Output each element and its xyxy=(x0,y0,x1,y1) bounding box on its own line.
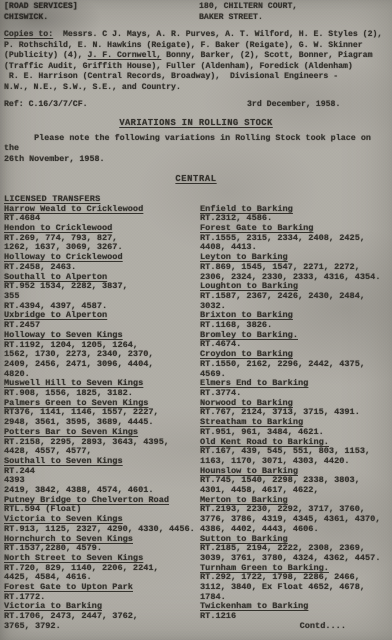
transfers-columns: LICENSED TRANSFERS Harrow Weald to Crick… xyxy=(0,195,392,632)
fleet-numbers: RT.269, 774, 793, 827, 1262, 1637, 3069,… xyxy=(4,234,200,253)
transfer-entry: Leyton to Barking RT.869, 1545, 1547, 22… xyxy=(200,253,390,282)
fleet-numbers: RT.720, 829, 1140, 2206, 2241, 4425, 458… xyxy=(4,564,200,583)
transfer-entry: Sutton to Barking RT.2185, 2194, 2222, 2… xyxy=(200,535,390,564)
transfer-entry: Harrow Weald to Cricklewood RT.4684 xyxy=(4,205,200,224)
fleet-numbers: RT.869, 1545, 1547, 2271, 2272, 2306, 23… xyxy=(200,263,390,282)
letterhead-office: [ROAD SERVICES] CHISWICK. xyxy=(4,2,388,23)
fleet-numbers: RT.244 4393 2419, 3842, 4388, 4574, 4601… xyxy=(4,467,200,496)
transfer-entry: Hornchurch to Seven Kings RT.1537,2280, … xyxy=(4,535,200,554)
scanned-document-page: [ROAD SERVICES] CHISWICK. 180, CHILTERN … xyxy=(0,0,392,640)
intro-paragraph: Please note the following variations in … xyxy=(4,133,388,165)
letterhead-address: 180, CHILTERN COURT, BAKER STREET. xyxy=(199,2,297,23)
transfer-entry: Hounslow to Barking RT.745, 1540, 2298, … xyxy=(200,467,390,496)
transfer-entry: Hendon to Cricklewood RT.269, 774, 793, … xyxy=(4,224,200,253)
fleet-numbers: RT.2193, 2230, 2292, 3717, 3760, 3776, 3… xyxy=(200,505,390,534)
fleet-numbers: RT.1555, 2315, 2334, 2408, 2425, 4408, 4… xyxy=(200,234,390,253)
transfer-entry: Brixton to Barking RT.1168, 3826. xyxy=(200,311,390,330)
section-heading: CENTRAL xyxy=(0,174,392,184)
reference-row: Ref: C.16/3/7/CF. 3rd December, 1958. xyxy=(0,100,392,110)
transfer-entry: Turnham Green to Barking. RT.292, 1722, … xyxy=(200,564,390,603)
fleet-numbers: RT.167, 439, 545, 551, 803, 1153, 1163, … xyxy=(200,447,390,466)
transfers-right-column: Enfield to Barking RT.2312, 4586. Forest… xyxy=(200,195,390,632)
transfer-entry: Southall to Seven Kings RT.244 4393 2419… xyxy=(4,457,200,496)
transfer-entry: Victoria to Seven Kings RT.913, 1125, 23… xyxy=(4,515,200,534)
transfer-entry: Putney Bridge to Chelverton Road RTL.594… xyxy=(4,496,200,515)
transfer-entry: Merton to Barking RT.2193, 2230, 2292, 3… xyxy=(200,496,390,535)
transfer-entry: Old Kent Road to Barking. RT.167, 439, 5… xyxy=(200,438,390,467)
fleet-numbers: RT.1587, 2367, 2426, 2430, 2484, 3032. xyxy=(200,292,390,311)
reference-number: Ref: C.16/3/7/CF. xyxy=(4,100,88,109)
transfer-entry: Croydon to Barking RT.1550, 2162, 2296, … xyxy=(200,350,390,379)
fleet-numbers: RT.2185, 2194, 2222, 2308, 2369, 3039, 3… xyxy=(200,544,390,563)
transfer-entry: Norwood to Barking RT.767, 2124, 3713, 3… xyxy=(200,399,390,418)
fleet-numbers: RT.2158, 2295, 2893, 3643, 4395, 4428, 4… xyxy=(4,438,200,457)
transfer-entry: Muswell Hill to Seven Kings RT.908, 1556… xyxy=(4,379,200,398)
fleet-numbers: RT.292, 1722, 1798, 2286, 2466, 3112, 38… xyxy=(200,573,390,602)
transfer-entry: Streatham to Barking RT.951, 961, 3484, … xyxy=(200,418,390,437)
letterhead-office-line1: [ROAD SERVICES] xyxy=(4,2,388,13)
letterhead: [ROAD SERVICES] CHISWICK. 180, CHILTERN … xyxy=(0,0,392,23)
transfer-entry: North Street to Seven Kings RT.720, 829,… xyxy=(4,554,200,583)
transfer-entry: Palmers Green to Seven Kings RT376, 1141… xyxy=(4,399,200,428)
transfer-entry: Potters Bar to Seven Kings RT.2158, 2295… xyxy=(4,428,200,457)
transfer-entry: Victoria to Barking RT.1706, 2473, 2447,… xyxy=(4,602,200,631)
transfer-entry: Uxbridge to Alperton RT.2457 xyxy=(4,311,200,330)
transfer-entry: Forest Gate to Barking RT.1555, 2315, 23… xyxy=(200,224,390,253)
continued-label: Contd.... xyxy=(300,621,346,631)
letterhead-address-line1: 180, CHILTERN COURT, xyxy=(199,2,297,13)
transfers-left-column: LICENSED TRANSFERS Harrow Weald to Crick… xyxy=(4,195,200,632)
copies-underlined-name: J. F. Cornwell, xyxy=(88,51,162,60)
transfer-entry: Bromley to Barking. RT.4674. xyxy=(200,331,390,350)
transfer-entry: Forest Gate to Upton Park RT.1772. xyxy=(4,583,200,602)
fleet-numbers: RT.1216 xyxy=(200,612,390,622)
transfer-entry: Holloway to Seven Kings RT.1192, 1204, 1… xyxy=(4,331,200,380)
transfer-entry: Enfield to Barking RT.2312, 4586. xyxy=(200,205,390,224)
fleet-numbers: RT376, 1141, 1146, 1557, 2227, 2948, 356… xyxy=(4,408,200,427)
fleet-numbers: RT.1550, 2162, 2296, 2442, 4375, 4569. xyxy=(200,360,390,379)
fleet-numbers: RT.1192, 1204, 1205, 1264, 1562, 1730, 2… xyxy=(4,341,200,380)
letterhead-office-line2: CHISWICK. xyxy=(4,13,388,24)
copies-paragraph: Copies to: Messrs. C J. Mays, A. R. Purv… xyxy=(4,30,388,94)
copies-label: Copies to: xyxy=(4,30,53,39)
document-content: [ROAD SERVICES] CHISWICK. 180, CHILTERN … xyxy=(0,0,392,632)
transfer-entry: Elmers End to Barking RT.3774. xyxy=(200,379,390,398)
transfer-entry: Holloway to Cricklewood RT.2458, 2463. xyxy=(4,253,200,272)
fleet-numbers: RT.745, 1540, 2298, 2338, 3803, 4301, 44… xyxy=(200,476,390,495)
document-date: 3rd December, 1958. xyxy=(247,100,340,110)
transfers-left-list: Harrow Weald to Cricklewood RT.4684 Hend… xyxy=(4,205,200,632)
transfer-entry: Loughton to Barking RT.1587, 2367, 2426,… xyxy=(200,282,390,311)
fleet-numbers: RT.1706, 2473, 2447, 3762, 3765, 3792. xyxy=(4,612,200,631)
document-title: VARIATIONS IN ROLLING STOCK xyxy=(0,118,392,128)
transfer-entry: Southall to Alperton RT.952 1534, 2282, … xyxy=(4,273,200,312)
letterhead-address-line2: BAKER STREET. xyxy=(199,13,297,24)
transfer-entry: Twickenham to Barking RT.1216 xyxy=(200,602,390,621)
section-heading-text: CENTRAL xyxy=(175,174,216,184)
transfers-right-list: Enfield to Barking RT.2312, 4586. Forest… xyxy=(200,205,390,622)
fleet-numbers: RT.952 1534, 2282, 3837, 355 RT.4394, 43… xyxy=(4,282,200,311)
document-title-text: VARIATIONS IN ROLLING STOCK xyxy=(119,118,272,128)
